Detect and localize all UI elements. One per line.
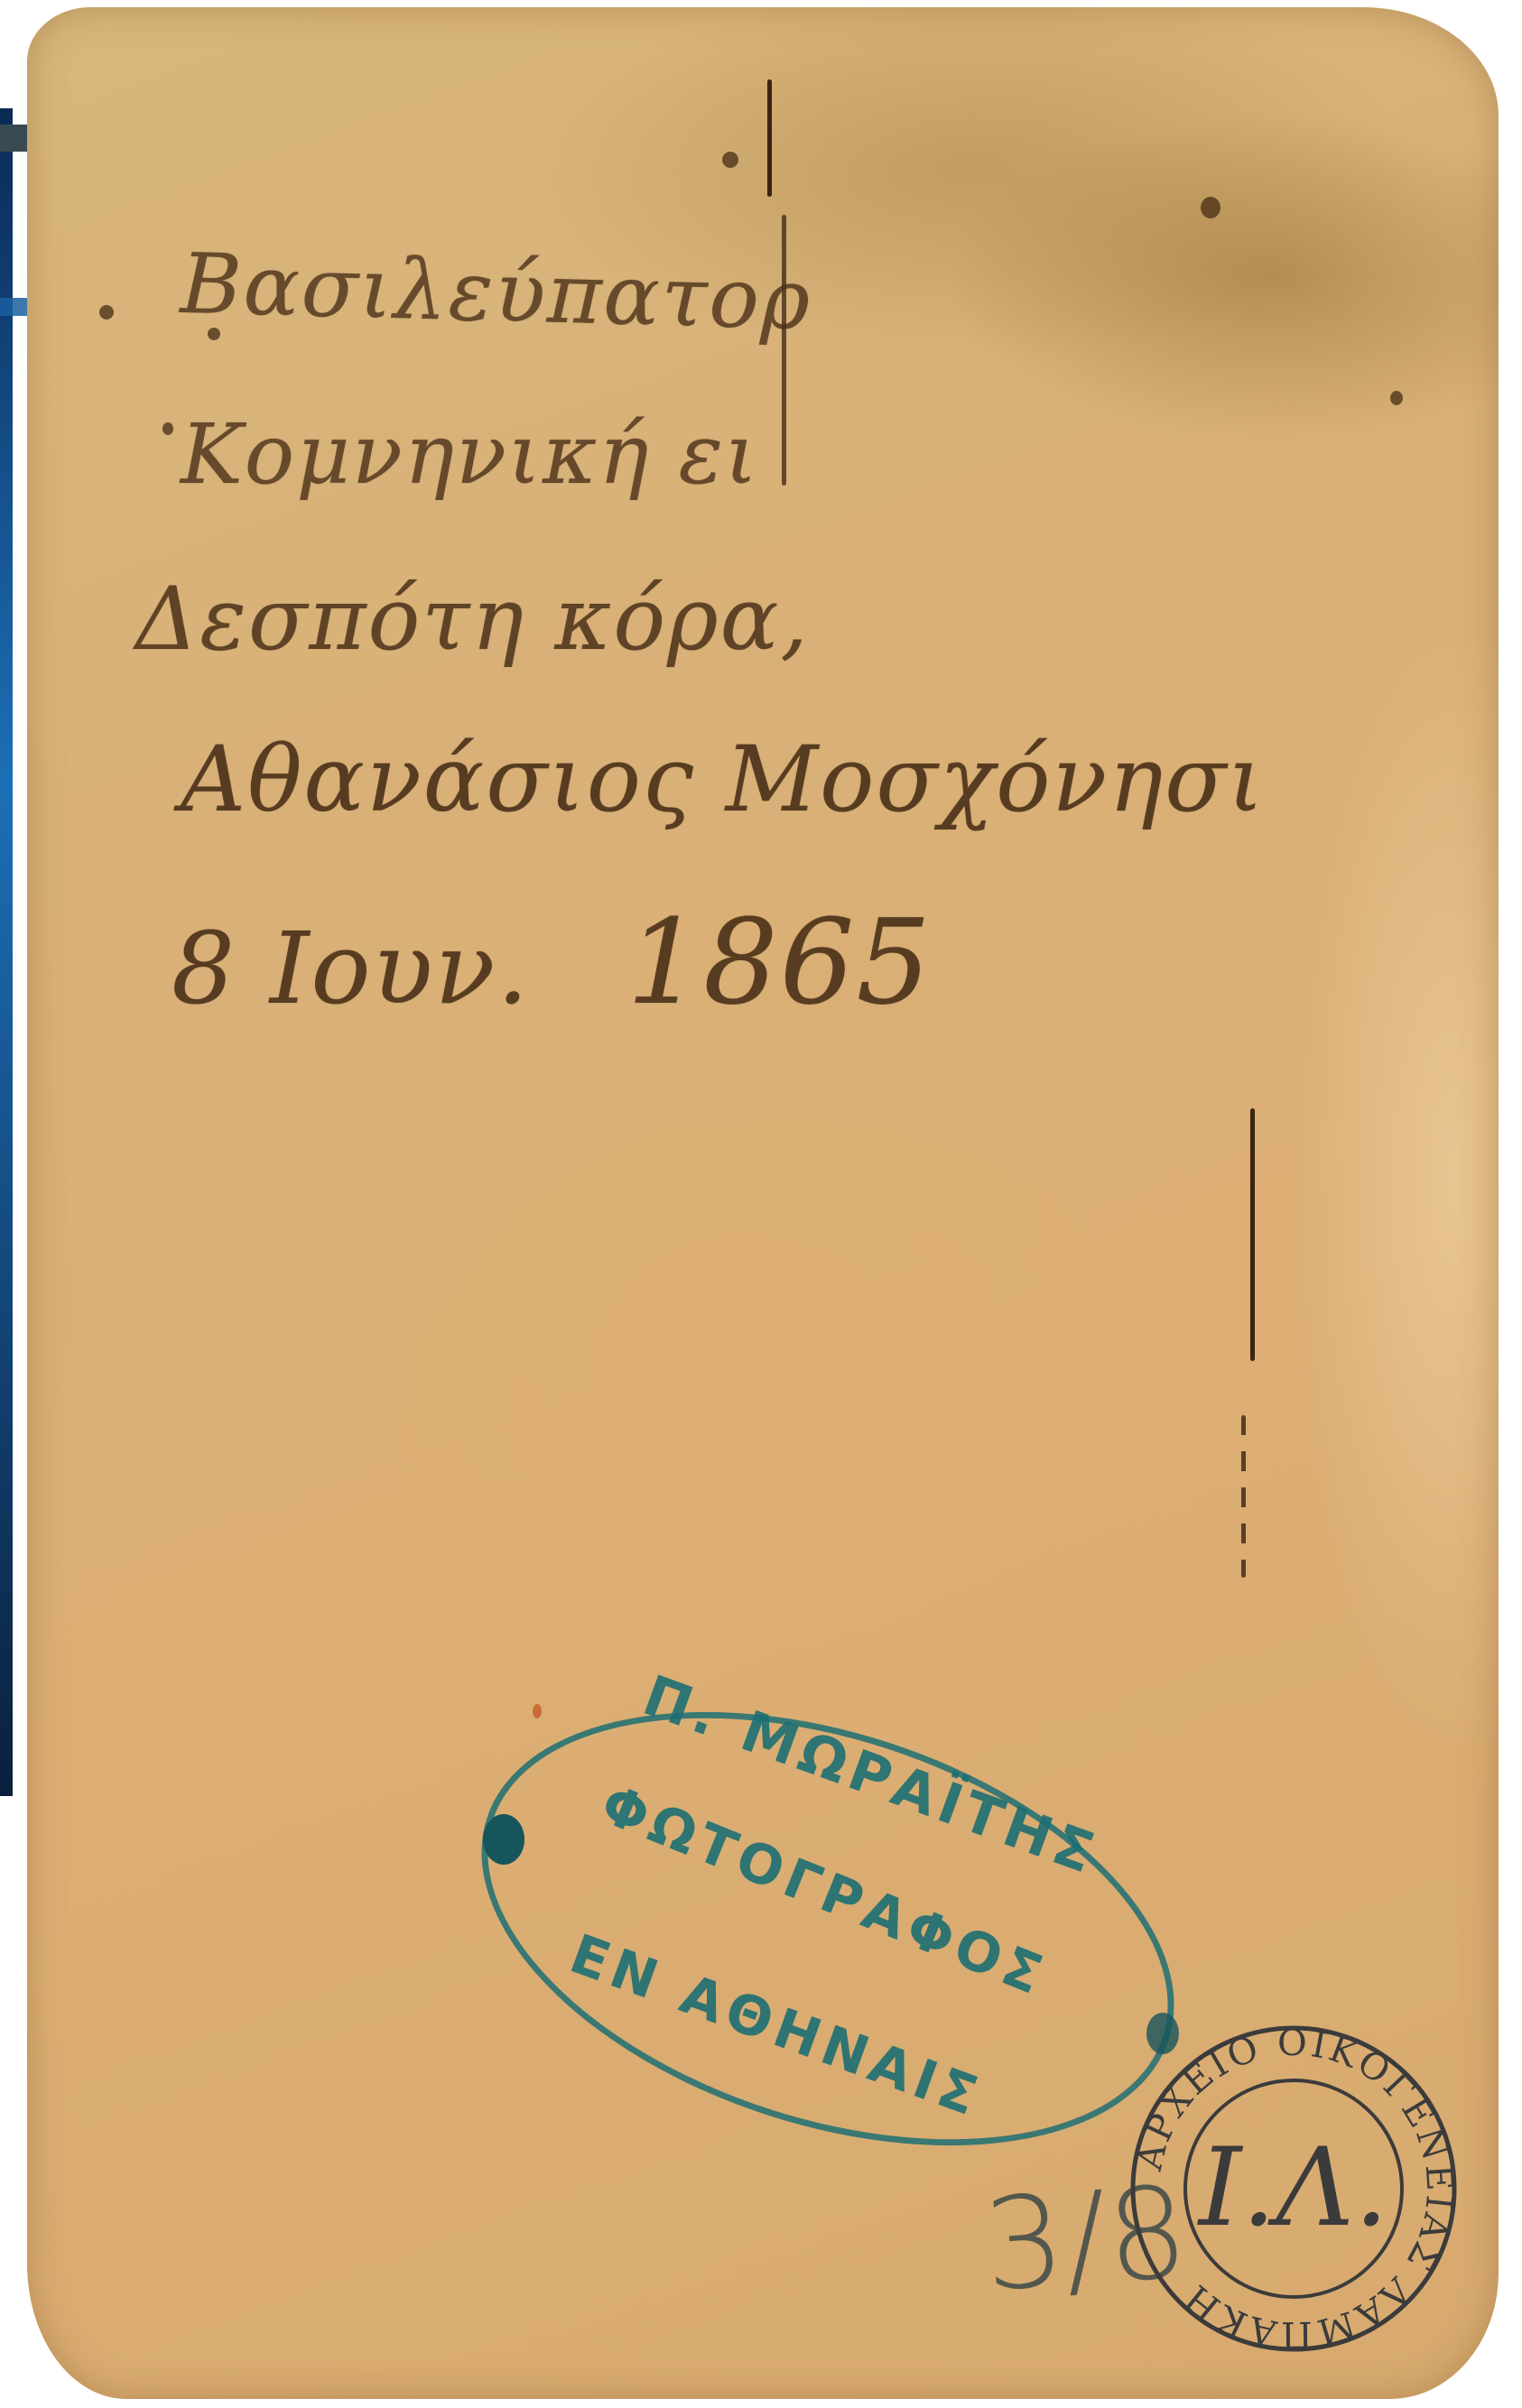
foxing-spot [162, 422, 173, 435]
foxing-spot [1201, 197, 1220, 218]
foxing-spot [99, 305, 114, 320]
archive-seal-monogram: Ι.Λ. [1197, 2126, 1388, 2251]
scanner-background-edge [0, 108, 13, 1796]
inscription-line-4: Αθανάσιος Μοσχόνησι [181, 727, 1266, 832]
inscription-line-3: Δεσπότη κόρα, [135, 569, 810, 670]
ink-mark [767, 79, 772, 197]
ink-mark [1241, 1415, 1246, 1578]
foxing-spot [533, 1704, 542, 1718]
ink-mark [1250, 1108, 1255, 1361]
inscription-line-1: Βασιλεύπατορ [180, 236, 813, 348]
foxing-spot [1390, 391, 1403, 405]
foxing-spot [722, 152, 738, 168]
inscription-line-2: Κομνηνική ει [181, 406, 759, 503]
stamp-ink-blob [483, 1814, 524, 1865]
inscription-date: 8 Ιουν. 1865 [172, 894, 933, 1031]
archive-seal: ΑΡΧΕΙΟ ΟΙΚΟΓΕΝΕΙΑΣ ΛΑΜΠΑΚΗ Ι.Λ. [1127, 2022, 1461, 2356]
inscription-date-day: 8 Ιουν. [172, 911, 530, 1026]
archive-seal-graphic: ΑΡΧΕΙΟ ΟΙΚΟΓΕΝΕΙΑΣ ΛΑΜΠΑΚΗ Ι.Λ. [1127, 2022, 1461, 2356]
inscription-year: 1865 [626, 894, 933, 1031]
